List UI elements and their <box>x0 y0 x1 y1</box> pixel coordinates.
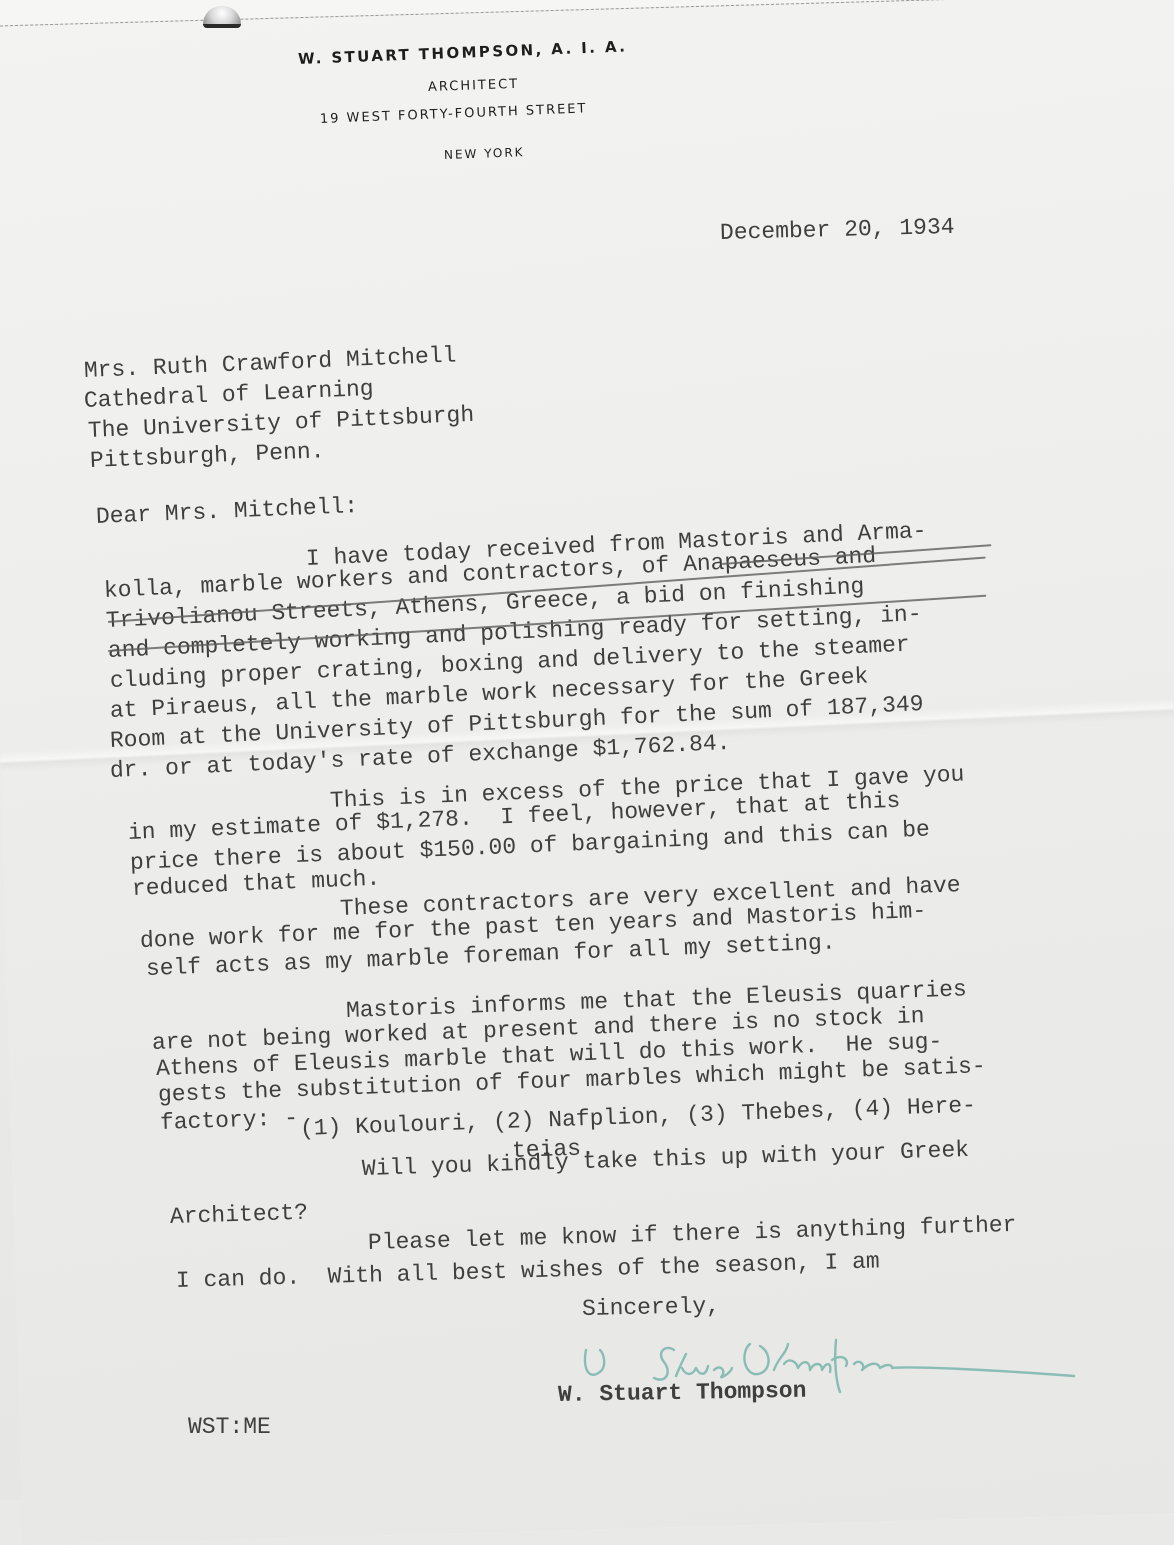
letterhead-title: ARCHITECT <box>428 77 520 95</box>
closing: Sincerely, <box>582 1295 720 1321</box>
letter-date: December 20, 1934 <box>720 216 955 245</box>
letterhead-city: NEW YORK <box>444 145 525 162</box>
body-line: Architect? <box>170 1202 309 1229</box>
reference-initials: WST:ME <box>188 1416 271 1439</box>
signer-name: W. Stuart Thompson <box>558 1380 807 1407</box>
body-line: factory: - <box>160 1107 299 1135</box>
